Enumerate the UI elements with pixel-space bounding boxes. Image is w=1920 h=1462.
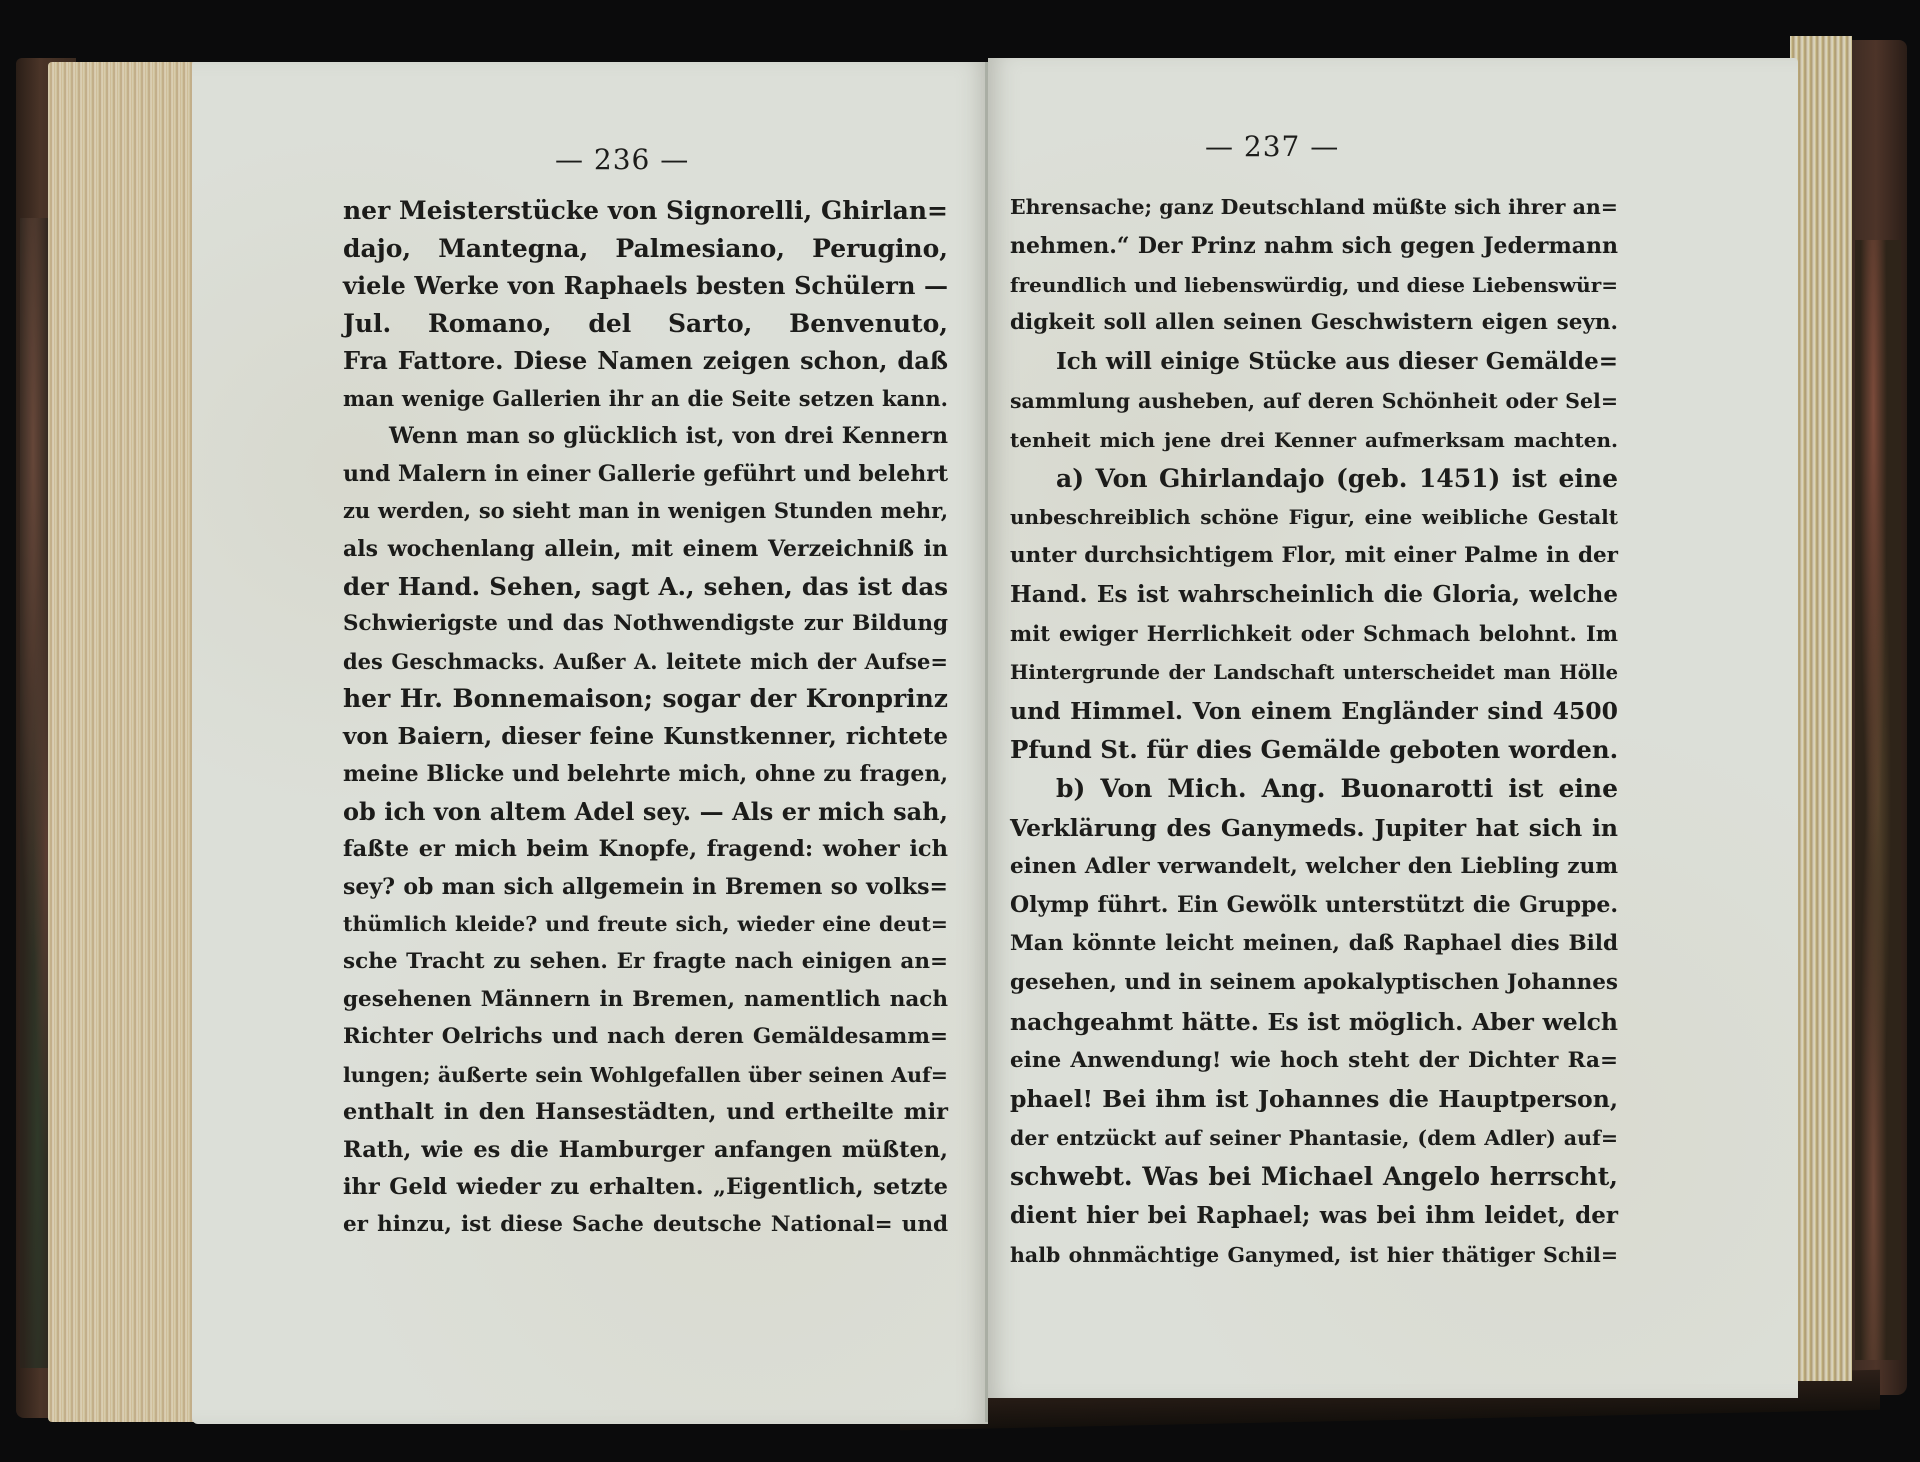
text-line: Richter Oelrichs und nach deren Gemäldes…: [343, 1022, 948, 1052]
book-cover-right: [1845, 40, 1907, 1395]
text-line: er hinzu, ist diese Sache deutsche Natio…: [343, 1210, 948, 1240]
text-line: lungen; äußerte sein Wohlgefallen über s…: [343, 1060, 948, 1090]
text-line: dient hier bei Raphael; was bei ihm leid…: [1010, 1201, 1618, 1231]
text-line: sammlung ausheben, auf deren Schönheit o…: [1010, 386, 1618, 416]
text-line: tenheit mich jene drei Kenner aufmerksam…: [1010, 425, 1618, 455]
text-line: gesehenen Männern in Bremen, namentlich …: [343, 985, 948, 1015]
page-number-left: — 236 —: [555, 143, 689, 176]
text-line: meine Blicke und belehrte mich, ohne zu …: [343, 759, 948, 789]
text-line: Ich will einige Stücke aus dieser Gemäld…: [1056, 347, 1618, 377]
text-line: halb ohnmächtige Ganymed, ist hier thäti…: [1010, 1240, 1618, 1270]
text-line: Ehrensache; ganz Deutschland müßte sich …: [1010, 192, 1618, 222]
text-line: Fra Fattore. Diese Namen zeigen schon, d…: [343, 346, 948, 376]
text-line: Jul. Romano, del Sarto, Benvenuto,: [343, 309, 948, 339]
text-line: Man könnte leicht meinen, daß Raphael di…: [1010, 929, 1618, 959]
text-line: her Hr. Bonnemaison; sogar der Kronprinz: [343, 684, 948, 714]
text-line: und Himmel. Von einem Engländer sind 450…: [1010, 696, 1618, 726]
text-line: man wenige Gallerien ihr an die Seite se…: [343, 384, 948, 414]
text-line: Olymp führt. Ein Gewölk unterstützt die …: [1010, 890, 1618, 920]
text-line: thümlich kleide? und freute sich, wieder…: [343, 909, 948, 939]
page-edges-right: [1790, 36, 1852, 1381]
text-line: Hand. Es ist wahrscheinlich die Gloria, …: [1010, 580, 1618, 610]
text-line: digkeit soll allen seinen Geschwistern e…: [1010, 308, 1618, 338]
text-line: ner Meisterstücke von Signorelli, Ghirla…: [343, 196, 948, 226]
text-line: ob ich von altem Adel sey. — Als er mich…: [343, 797, 948, 827]
text-line: der entzückt auf seiner Phantasie, (dem …: [1010, 1123, 1618, 1153]
text-line: Verklärung des Ganymeds. Jupiter hat sic…: [1010, 813, 1618, 843]
text-line: der Hand. Sehen, sagt A., sehen, das ist…: [343, 572, 948, 602]
text-line: schwebt. Was bei Michael Angelo herrscht…: [1010, 1162, 1618, 1192]
text-line: Hintergrunde der Landschaft unterscheide…: [1010, 658, 1618, 688]
text-line: einen Adler verwandelt, welcher den Lieb…: [1010, 852, 1618, 882]
text-line: zu werden, so sieht man in wenigen Stund…: [343, 496, 948, 526]
text-line: unter durchsichtigem Flor, mit einer Pal…: [1010, 541, 1618, 571]
text-line: eine Anwendung! wie hoch steht der Dicht…: [1010, 1046, 1618, 1076]
text-line: nehmen.“ Der Prinz nahm sich gegen Jeder…: [1010, 231, 1618, 261]
text-line: ihr Geld wieder zu erhalten. „Eigentlich…: [343, 1172, 948, 1202]
text-line: a) Von Ghirlandajo (geb. 1451) ist eine: [1056, 464, 1618, 494]
text-line: freundlich und liebenswürdig, und diese …: [1010, 270, 1618, 300]
text-line: als wochenlang allein, mit einem Verzeic…: [343, 534, 948, 564]
text-line: nachgeahmt hätte. Es ist möglich. Aber w…: [1010, 1007, 1618, 1037]
text-line: Schwierigste und das Nothwendigste zur B…: [343, 609, 948, 639]
text-line: phael! Bei ihm ist Johannes die Hauptper…: [1010, 1084, 1618, 1114]
page-number-right: — 237 —: [1205, 130, 1339, 163]
book-gutter: [985, 62, 988, 1422]
page-edges-left: [48, 62, 198, 1422]
text-line: des Geschmacks. Außer A. leitete mich de…: [343, 647, 948, 677]
text-line: sche Tracht zu sehen. Er fragte nach ein…: [343, 947, 948, 977]
text-line: Rath, wie es die Hamburger anfangen müßt…: [343, 1135, 948, 1165]
text-line: und Malern in einer Gallerie geführt und…: [343, 459, 948, 489]
text-line: Pfund St. für dies Gemälde geboten worde…: [1010, 735, 1618, 765]
text-line: gesehen, und in seinem apokalyptischen J…: [1010, 968, 1618, 998]
text-line: Wenn man so glücklich ist, von drei Kenn…: [389, 421, 948, 451]
text-line: viele Werke von Raphaels besten Schülern…: [343, 271, 948, 301]
text-line: enthalt in den Hansestädten, und ertheil…: [343, 1097, 948, 1127]
text-line: von Baiern, dieser feine Kunstkenner, ri…: [343, 722, 948, 752]
text-line: sey? ob man sich allgemein in Bremen so …: [343, 872, 948, 902]
text-line: mit ewiger Herrlichkeit oder Schmach bel…: [1010, 619, 1618, 649]
text-line: faßte er mich beim Knopfe, fragend: wohe…: [343, 834, 948, 864]
text-line: unbeschreiblich schöne Figur, eine weibl…: [1010, 502, 1618, 532]
text-line: dajo, Mantegna, Palmesiano, Perugino,: [343, 234, 948, 264]
text-line: b) Von Mich. Ang. Buonarotti ist eine: [1056, 774, 1618, 804]
